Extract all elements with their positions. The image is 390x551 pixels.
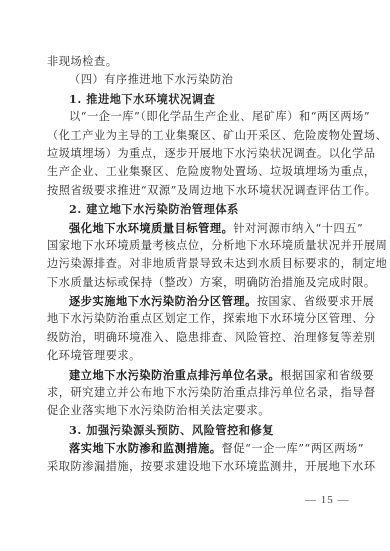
page-number: — 15 — <box>305 494 350 506</box>
paragraph-line: （化工产业为主导的工业集聚区、矿山开采区、危险废物处置场、 <box>47 127 343 145</box>
bold-lead: 强化地下水环境质量目标管理。 <box>69 221 233 235</box>
paragraph-line: 建立地下水污染防治重点排污单位名录。根据国家和省级要 <box>47 366 343 384</box>
paragraph-line: 国家地下水环境质量考核点位，分析地下水环境质量状况并开展周 <box>47 237 343 255</box>
paragraph-text: 针对河源市纳入“十四五” <box>233 222 363 235</box>
paragraph-line: 以“一企一库”（即化学品生产企业、尾矿库）和“两区两场” <box>47 108 343 126</box>
paragraph-line: 非现场检查。 <box>47 53 343 71</box>
paragraph-line: 化环境管理要求。 <box>47 347 343 365</box>
bold-lead: 逐步实施地下水污染防治分区管理。 <box>69 294 257 308</box>
paragraph-line: 采取防渗漏措施，按要求建设地下水环境监测井，开展地下水环 <box>47 458 343 476</box>
paragraph-text: 根据国家和省级要 <box>280 369 374 382</box>
paragraph-line: 地下水污染防治重点区划定工作，探索地下水环境分区管理、分 <box>47 310 343 328</box>
paragraph-line: 边污染源排查。对非地质背景导致未达到水质目标要求的，制定地 <box>47 255 343 273</box>
paragraph-line: 生产企业、工业集聚区、危险废物处置场、垃圾填埋场为重点， <box>47 163 343 181</box>
paragraph-line: 促企业落实地下水污染防治相关法定要求。 <box>47 402 343 420</box>
bold-lead: 落实地下水防渗和监测措施。 <box>69 441 222 455</box>
paragraph-line: 求，研究建立并公布地下水污染防治重点排污单位名录，指导督 <box>47 384 343 402</box>
paragraph-line: 逐步实施地下水污染防治分区管理。按国家、省级要求开展 <box>47 292 343 310</box>
paragraph-text: 按国家、省级要求开展 <box>257 295 374 308</box>
paragraph-line: 下水质量达标或保持（整改）方案，明确防治措施及完成时限。 <box>47 274 343 292</box>
bold-lead: 建立地下水污染防治重点排污单位名录。 <box>69 368 280 382</box>
section-heading: （四）有序推进地下水污染防治 <box>47 71 343 89</box>
document-page: 非现场检查。 （四）有序推进地下水污染防治 1. 推进地下水环境状况调查 以“一… <box>47 53 343 476</box>
paragraph-line: 按照省级要求推进“双源”及周边地下水环境状况调查评估工作。 <box>47 182 343 200</box>
subsection-heading: 1. 推进地下水环境状况调查 <box>47 90 343 108</box>
paragraph-line: 强化地下水环境质量目标管理。针对河源市纳入“十四五” <box>47 219 343 237</box>
subsection-heading: 3. 加强污染源头预防、风险管控和修复 <box>47 421 343 439</box>
subsection-heading: 2. 建立地下水污染防治管理体系 <box>47 200 343 218</box>
paragraph-text: 督促“一企一库”“两区两场” <box>222 442 364 455</box>
paragraph-line: 垃圾填埋场）为重点，逐步开展地下水污染状况调查。以化学品 <box>47 145 343 163</box>
paragraph-line: 落实地下水防渗和监测措施。督促“一企一库”“两区两场” <box>47 439 343 457</box>
paragraph-line: 级防治，明确环境准入、隐患排查、风险管控、治理修复等差别 <box>47 329 343 347</box>
